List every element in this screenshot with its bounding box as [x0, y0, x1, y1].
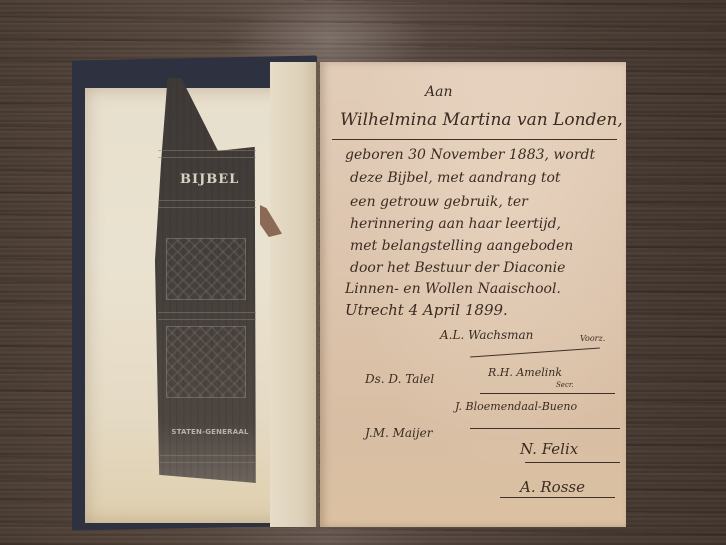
signature-role: Voorz. — [580, 334, 605, 343]
signature: R.H. Amelink — [488, 366, 562, 379]
spine-ornament-panel — [166, 326, 246, 398]
spine-band — [158, 150, 256, 158]
signature: N. Felix — [520, 440, 578, 458]
inscription-line: door het Bestuur der Diaconie — [350, 260, 565, 276]
spine-band — [158, 200, 256, 208]
signature: J. Bloemendaal-Bueno — [455, 400, 577, 413]
inscription-line: geboren 30 November 1883, wordt — [345, 147, 595, 163]
book-gutter — [316, 62, 319, 527]
salutation: Aan — [425, 84, 452, 100]
signature: A.L. Wachsman — [440, 328, 533, 342]
inscription-line: deze Bijbel, met aandrang tot — [350, 170, 561, 186]
underline — [332, 139, 617, 140]
inscription-line: herinnering aan haar leertijd, — [350, 216, 561, 232]
spine-imprint: STATEN-GENERAAL — [160, 428, 260, 436]
place-and-date: Utrecht 4 April 1899. — [345, 301, 508, 319]
spine-title: BIJBEL — [180, 172, 240, 187]
left-flyleaf-edge — [270, 62, 316, 527]
inscription-line: met belangstelling aangeboden — [350, 238, 573, 254]
spine-band — [158, 312, 256, 320]
signature-underline — [480, 393, 615, 394]
inscription-line: een getrouw gebruik, ter — [350, 194, 528, 210]
inscription-line: Linnen- en Wollen Naaischool. — [345, 281, 561, 297]
signature: J.M. Maijer — [365, 426, 432, 440]
spine-ornament-panel — [166, 238, 246, 300]
signature-role: Secr. — [556, 381, 574, 389]
signature-underline — [470, 428, 620, 429]
signature: Ds. D. Talel — [365, 372, 434, 386]
signature-underline — [525, 462, 620, 463]
signature: A. Rosse — [520, 478, 585, 496]
recipient-name: Wilhelmina Martina van Londen, — [340, 110, 623, 130]
signature-underline — [500, 497, 615, 498]
spine-band — [158, 455, 256, 463]
